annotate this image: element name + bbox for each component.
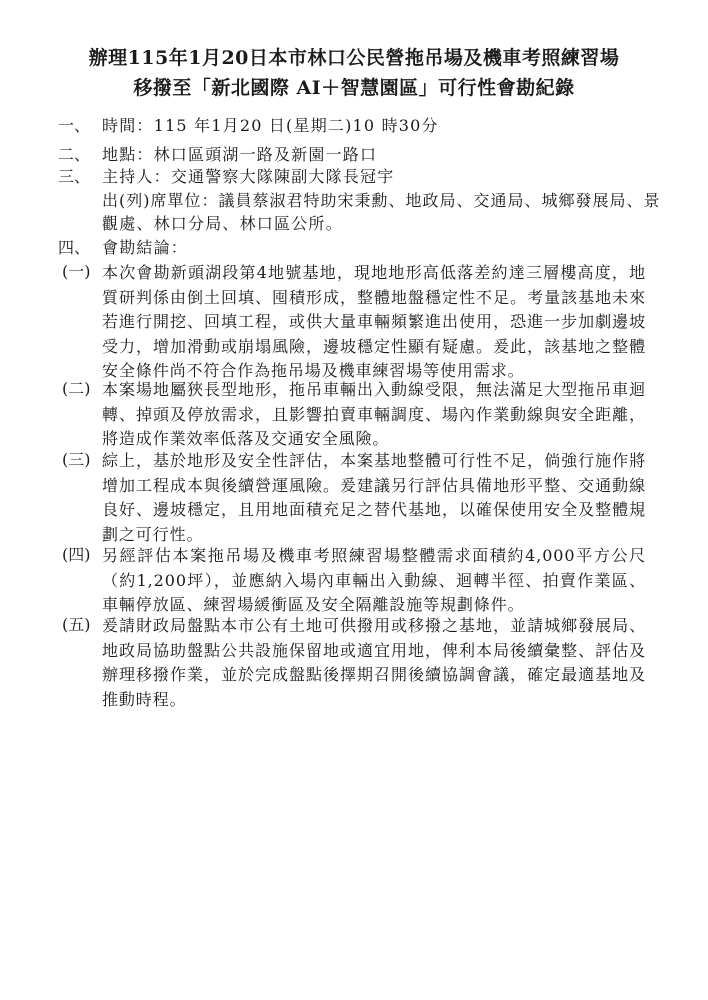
meeting-location: 地點：林口區頭湖一路及新園一路口: [102, 144, 377, 166]
conclusion-item-4: 另經評估本案拖吊場及機車考照練習場整體需求面積約4,000平方公尺（約1,200…: [102, 544, 646, 618]
section-marker-2: 二、: [58, 144, 90, 166]
document-title-line-2: 移撥至「新北國際 AI＋智慧園區」可行性會勘紀錄: [0, 75, 708, 101]
meeting-host: 主持人：交通警察大隊陳副大隊長冠宇: [102, 166, 394, 188]
meeting-host-label: 主持人：: [102, 167, 171, 186]
meeting-host-value: 交通警察大隊陳副大隊長冠宇: [171, 167, 395, 186]
conclusion-marker-5: (五): [62, 614, 91, 636]
conclusion-item-2: 本案場地屬狹長型地形，拖吊車輛出入動線受限，無法滿足大型拖吊車迴轉、掉頭及停放需…: [102, 378, 646, 452]
section-marker-3: 三、: [58, 166, 90, 188]
document-page: 辦理115年1月20日本市林口公民營拖吊場及機車考照練習場 移撥至「新北國際 A…: [0, 0, 708, 1000]
meeting-time-label: 時間：: [102, 116, 154, 135]
meeting-location-label: 地點：: [102, 145, 154, 164]
conclusion-item-5: 爰請財政局盤點本市公有土地可供撥用或移撥之基地，並請城鄉發展局、地政局協助盤點公…: [102, 614, 646, 712]
meeting-time: 時間：115 年1月20 日(星期二)10 時30分: [102, 115, 439, 137]
attendees-line-1: 出(列)席單位：議員蔡淑君特助宋秉勳、地政局、交通局、城鄉發展局、景: [102, 190, 661, 212]
conclusion-marker-3: (三): [62, 449, 91, 471]
conclusion-marker-1: (一): [62, 261, 91, 283]
meeting-location-value: 林口區頭湖一路及新園一路口: [154, 145, 378, 164]
section-marker-4: 四、: [58, 237, 90, 259]
conclusion-item-1: 本次會勘新頭湖段第4地號基地，現地地形高低落差約達三層樓高度，地質研判係由倒土回…: [102, 261, 646, 384]
meeting-time-value: 115 年1月20 日(星期二)10 時30分: [154, 116, 439, 135]
attendees-line-2: 觀處、林口分局、林口區公所。: [102, 213, 343, 235]
conclusion-item-3: 綜上，基於地形及安全性評估，本案基地整體可行性不足，倘強行施作將增加工程成本與後…: [102, 449, 646, 547]
conclusions-heading: 會勘結論：: [102, 237, 188, 259]
document-title-line-1: 辦理115年1月20日本市林口公民營拖吊場及機車考照練習場: [0, 45, 708, 71]
conclusion-marker-4: (四): [62, 544, 91, 566]
conclusion-marker-2: (二): [62, 378, 91, 400]
section-marker-1: 一、: [58, 115, 90, 137]
